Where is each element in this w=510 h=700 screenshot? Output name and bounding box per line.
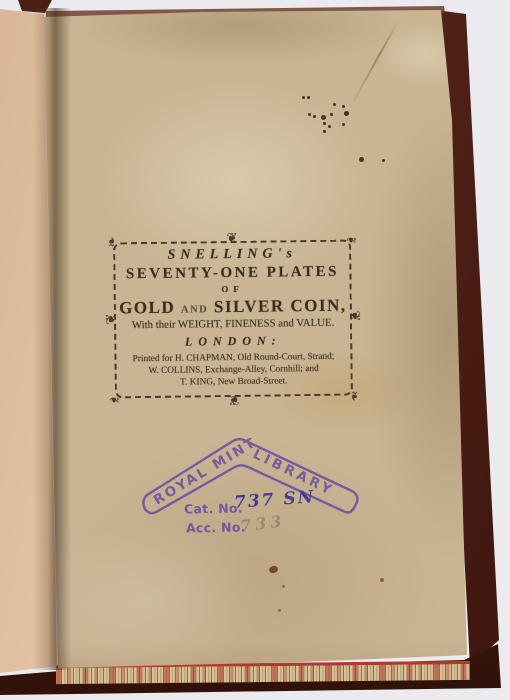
main-title-and: AND [181,304,208,315]
floral-ornament-icon: ❦ [226,232,237,245]
floral-ornament-icon: ❦ [105,314,118,325]
floral-ornament-icon: ❦ [228,393,239,406]
foxing-spot [278,609,281,612]
main-title-silver-coin: SILVER COIN, [214,296,347,317]
book-photo: ❧ ❦ ❧ ❦ ❦ ❧ ❦ ❧ SNELLING's SEVENTY-ONE P… [0,0,510,700]
floral-ornament-icon: ❧ [347,391,360,402]
title-cartouche: ❧ ❦ ❧ ❦ ❦ ❧ ❦ ❧ SNELLING's SEVENTY-ONE P… [113,240,353,399]
imprint-lines: Printed for H. CHAPMAN, Old Round-Court,… [116,351,350,390]
main-title: GOLD AND SILVER COIN, [116,296,350,319]
floral-ornament-icon: ❧ [106,236,119,247]
foxing-spot [282,585,285,588]
of-word: OF [116,283,350,296]
author-line: SNELLING's [115,246,349,265]
floral-ornament-icon: ❧ [346,232,357,245]
series-title: SEVENTY-ONE PLATES [115,264,349,284]
ink-spatter-stain [302,96,305,99]
subtitle: With their WEIGHT, FINENESS and VALUE. [116,317,350,332]
gutter-shadow [33,8,71,670]
floral-ornament-icon: ❦ [348,311,361,322]
imprint-place: LONDON: [116,333,350,351]
acc-no-label: Acc. No. [186,519,246,535]
foxing-spot [380,578,384,582]
floral-ornament-icon: ❧ [109,392,120,405]
main-title-gold: GOLD [119,298,175,318]
